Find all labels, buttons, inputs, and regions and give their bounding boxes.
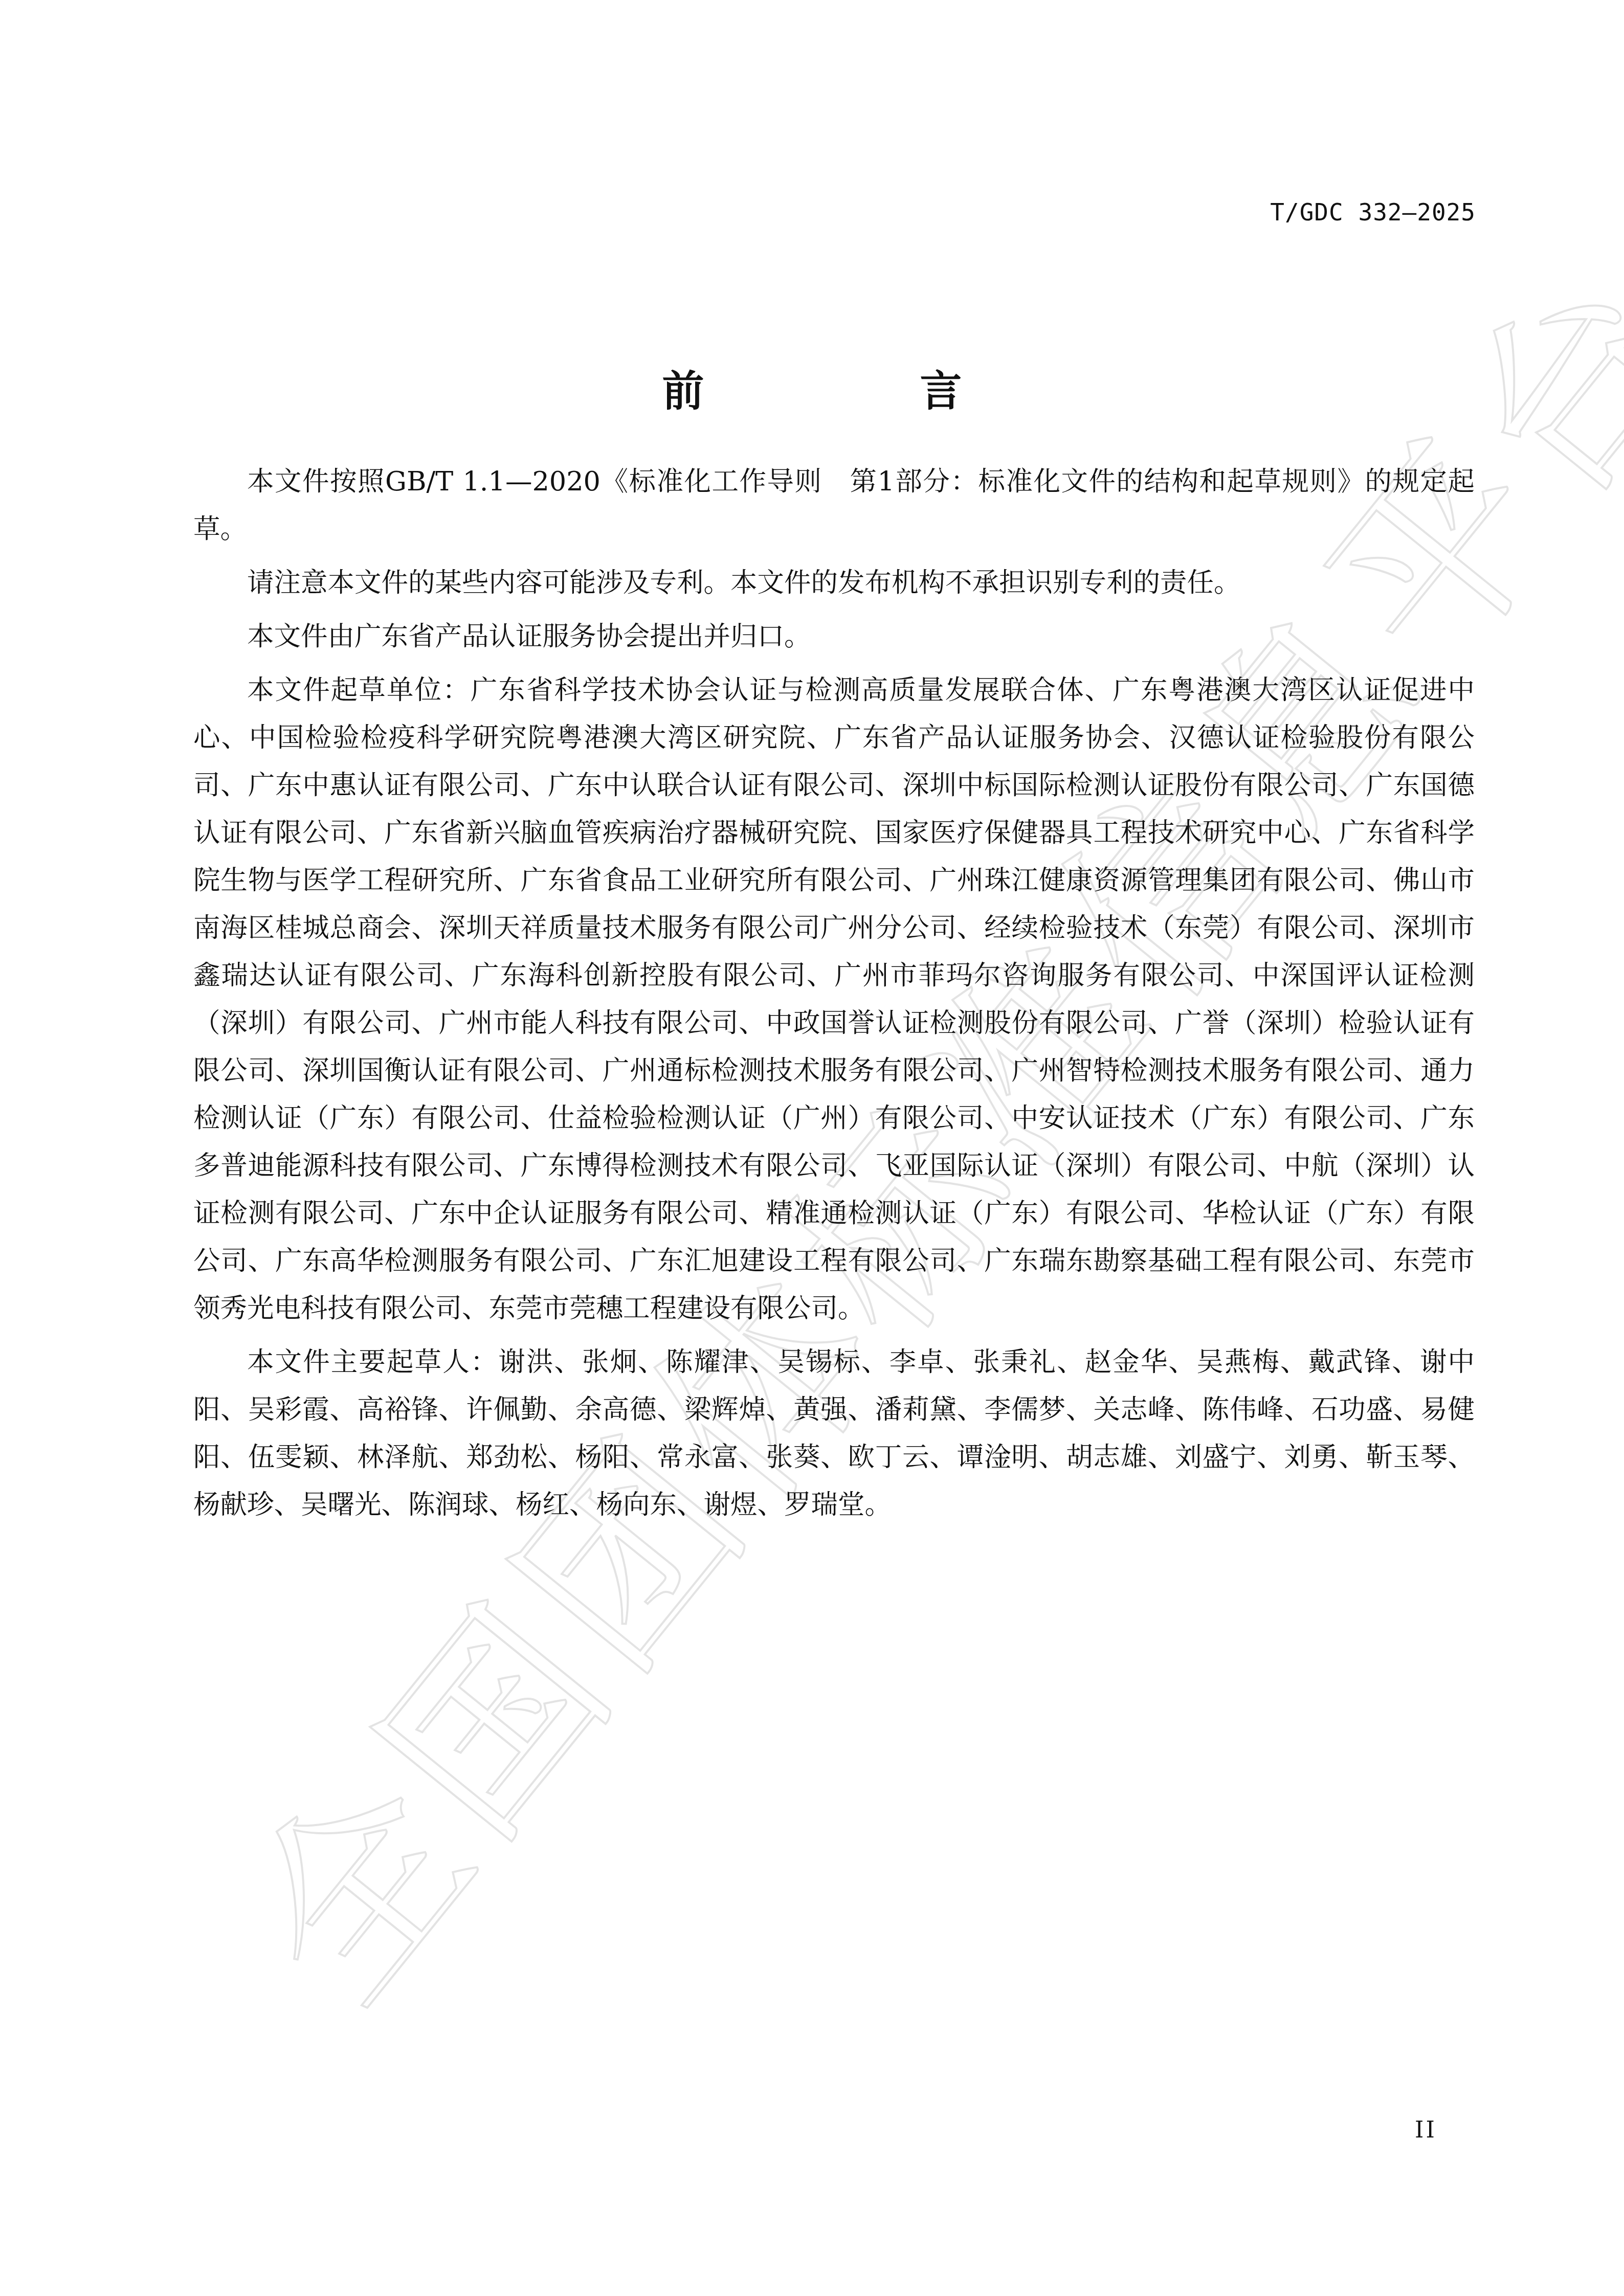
page-title: 前 言 [0, 358, 1624, 418]
paragraph-patent-notice: 请注意本文件的某些内容可能涉及专利。本文件的发布机构不承担识别专利的责任。 [193, 559, 1475, 606]
paragraph-proposer: 本文件由广东省产品认证服务协会提出并归口。 [193, 613, 1475, 660]
page-number: II [1415, 2117, 1437, 2143]
paragraph-drafting-rules: 本文件按照GB/T 1.1—2020《标准化工作导则 第1部分：标准化文件的结构… [193, 458, 1475, 553]
paragraph-drafting-units: 本文件起草单位：广东省科学技术协会认证与检测高质量发展联合体、广东粤港澳大湾区认… [193, 666, 1475, 1332]
paragraph-drafters: 本文件主要起草人：谢洪、张炯、陈耀津、吴锡标、李卓、张秉礼、赵金华、吴燕梅、戴武… [193, 1338, 1475, 1528]
document-code: T/GDC 332—2025 [1270, 198, 1476, 226]
document-body: 本文件按照GB/T 1.1—2020《标准化工作导则 第1部分：标准化文件的结构… [193, 458, 1475, 1535]
